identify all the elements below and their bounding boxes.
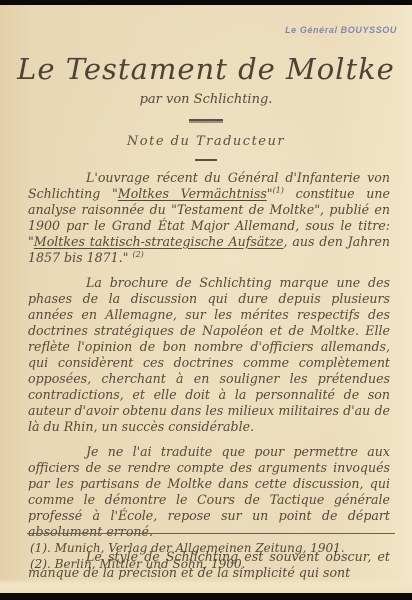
scan-edge-top <box>0 0 412 5</box>
owner-stamp: Le Général BOUYSSOU <box>285 25 397 35</box>
manuscript-page: Le Général BOUYSSOU Le Testament de Molt… <box>0 0 412 600</box>
paragraph: La brochure de Schlichting marque une de… <box>28 275 390 435</box>
paragraphs: L'ouvrage récent du Général d'Infanterie… <box>28 170 390 590</box>
title-divider <box>189 119 223 121</box>
paragraph: L'ouvrage récent du Général d'Infanterie… <box>28 170 390 266</box>
footnote: (1). Munich, Verlag der Allgemeinen Zeit… <box>30 540 390 556</box>
document-subtitle: par von Schlichting. <box>0 92 412 107</box>
heading-divider <box>195 159 217 161</box>
footnote-rule <box>27 533 395 534</box>
page-bottom-edge <box>0 579 412 593</box>
paragraph: Je ne l'ai traduite que pour permettre a… <box>28 444 390 540</box>
footnotes: (1). Munich, Verlag der Allgemeinen Zeit… <box>30 540 390 572</box>
document-title: Le Testament de Moltke <box>0 52 412 86</box>
footnote: (2). Berlin, Mittler und Sohn, 1900. <box>30 556 390 572</box>
scan-edge-bottom <box>0 593 412 600</box>
section-heading: Note du Traducteur <box>0 134 412 149</box>
